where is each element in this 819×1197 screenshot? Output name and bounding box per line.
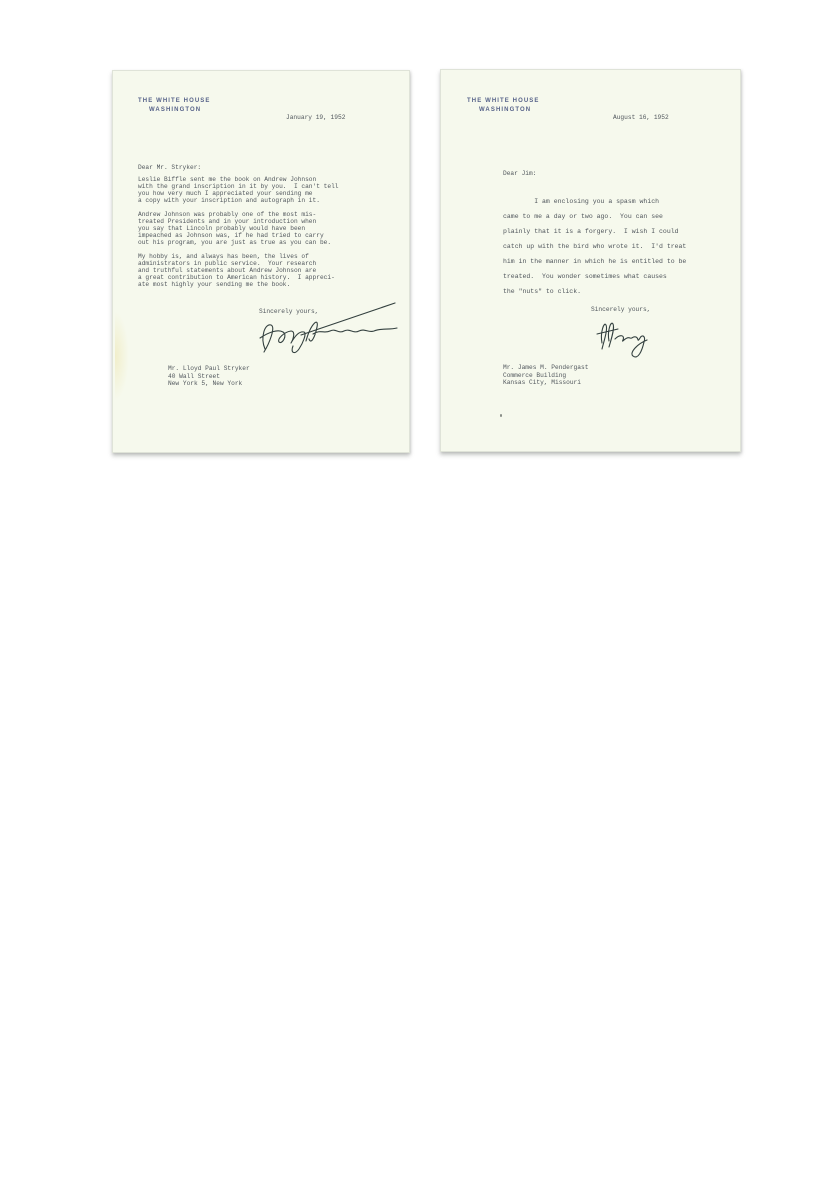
- recipient-address: Mr. James M. Pendergast Commerce Buildin…: [503, 364, 588, 387]
- salutation: Dear Mr. Stryker:: [138, 164, 201, 171]
- paper-speck: [500, 414, 502, 417]
- letter-stryker: THE WHITE HOUSE WASHINGTON January 19, 1…: [112, 70, 410, 453]
- letterhead-line1: THE WHITE HOUSE: [467, 98, 540, 104]
- paragraph: My hobby is, and always has been, the li…: [138, 253, 343, 288]
- letterhead-line1: THE WHITE HOUSE: [138, 98, 211, 104]
- paragraph: Andrew Johnson was probably one of the m…: [138, 211, 343, 246]
- letter-date: January 19, 1952: [286, 114, 345, 121]
- letterhead-line2: WASHINGTON: [149, 107, 211, 113]
- letter-date: August 16, 1952: [613, 114, 669, 121]
- paragraph: Leslie Biffle sent me the book on Andrew…: [138, 176, 343, 204]
- page-background: THE WHITE HOUSE WASHINGTON January 19, 1…: [0, 0, 819, 1197]
- harry-signature: [593, 313, 655, 363]
- letter-body: I am enclosing you a spasm which came to…: [503, 194, 713, 299]
- white-house-letterhead: THE WHITE HOUSE WASHINGTON: [467, 98, 540, 113]
- recipient-address: Mr. Lloyd Paul Stryker 40 Wall Street Ne…: [168, 365, 250, 388]
- closing: Sincerely yours,: [591, 306, 650, 313]
- salutation: Dear Jim:: [503, 170, 536, 177]
- harry-truman-signature: [249, 299, 401, 355]
- letter-pendergast: THE WHITE HOUSE WASHINGTON August 16, 19…: [440, 69, 741, 452]
- letterhead-line2: WASHINGTON: [479, 107, 540, 113]
- white-house-letterhead: THE WHITE HOUSE WASHINGTON: [138, 98, 211, 113]
